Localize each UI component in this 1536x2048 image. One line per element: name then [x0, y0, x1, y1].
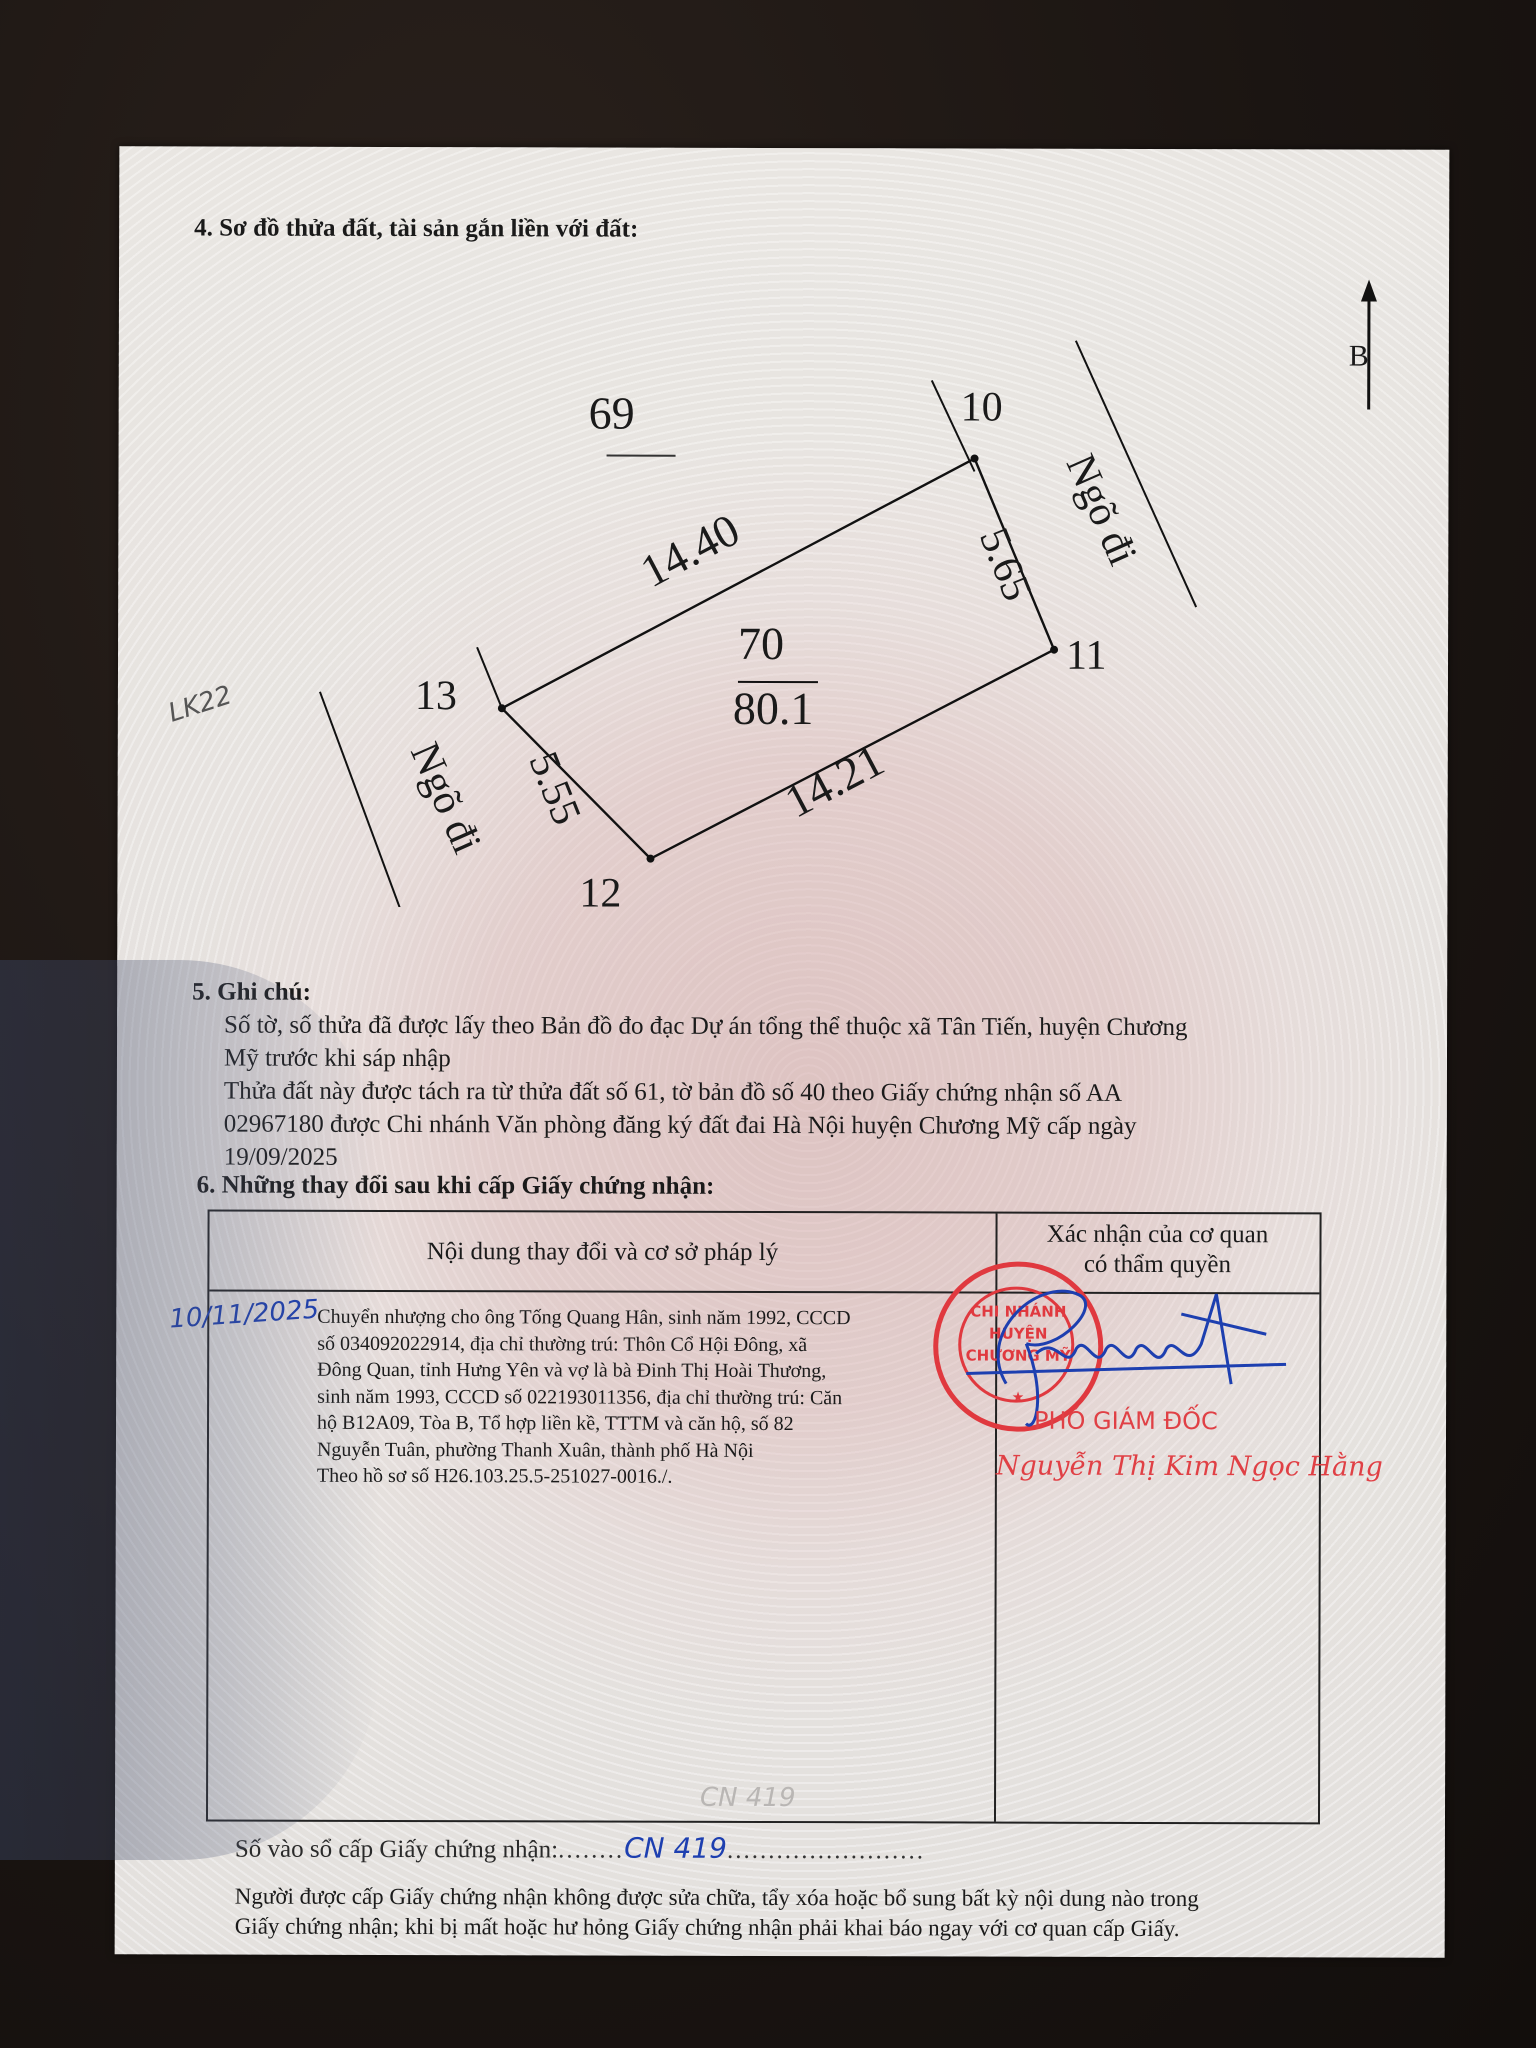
content-line: số 034092022914, địa chỉ thường trú: Thô…: [317, 1330, 987, 1358]
north-label: B: [1349, 341, 1369, 371]
point-label: 10: [961, 386, 1003, 428]
faint-register-value: CN 419: [700, 1783, 796, 1813]
certificate-page: 4. Sơ đồ thửa đất, tài sản gắn liền với …: [115, 146, 1450, 1957]
footer-line: Giấy chứng nhận; khi bị mất hoặc hư hỏng…: [235, 1912, 1335, 1945]
parcel-area: 80.1: [733, 686, 814, 732]
note-line: 02967180 được Chi nhánh Văn phòng đăng k…: [224, 1108, 1354, 1144]
footer-note: Người được cấp Giấy chứng nhận không đượ…: [235, 1882, 1335, 1945]
col-header-line: Xác nhận của cơ quan: [997, 1220, 1317, 1251]
parcel-diagram: B 69 70 80.1 10 11 12 13 14.40 5.65 14.2…: [117, 146, 1449, 909]
register-row: Số vào sổ cấp Giấy chứng nhận:........CN…: [235, 1831, 925, 1866]
content-line: Nguyễn Tuân, phường Thanh Xuân, thành ph…: [317, 1436, 987, 1464]
content-line: Đông Quan, tỉnh Hưng Yên và vợ là bà Đin…: [317, 1357, 987, 1385]
register-value: CN 419: [624, 1832, 727, 1865]
register-label: Số vào sổ cấp Giấy chứng nhận:: [235, 1836, 558, 1864]
change-content: Chuyển nhượng cho ông Tống Quang Hân, si…: [317, 1304, 987, 1491]
notes-block: Số tờ, số thửa đã được lấy theo Bản đồ đ…: [224, 1009, 1354, 1177]
footer-line: Người được cấp Giấy chứng nhận không đượ…: [235, 1882, 1335, 1915]
handwritten-date: 10/11/2025: [168, 1295, 320, 1335]
col-header-content: Nội dung thay đổi và cơ sở pháp lý: [209, 1237, 995, 1269]
note-line: Số tờ, số thửa đã được lấy theo Bản đồ đ…: [224, 1009, 1354, 1045]
section6-heading: 6. Những thay đổi sau khi cấp Giấy chứng…: [197, 1171, 715, 1200]
content-line: Chuyển nhượng cho ông Tống Quang Hân, si…: [317, 1304, 987, 1332]
neighbor-parcel-number: 69: [589, 390, 635, 436]
point-label: 13: [415, 675, 457, 717]
content-line: Theo hồ sơ số H26.103.25.5-251027-0016./…: [317, 1463, 987, 1491]
content-line: sinh năm 1993, CCCD số 022193011356, địa…: [317, 1383, 987, 1411]
note-line: Mỹ trước khi sáp nhập: [224, 1042, 1354, 1078]
signer-name: Nguyễn Thị Kim Ngọc Hằng: [996, 1451, 1383, 1483]
content-line: hộ B12A09, Tòa B, Tổ hợp liền kề, TTTM v…: [317, 1410, 987, 1438]
parcel-number: 70: [738, 621, 784, 667]
signer-title: PHÓ GIÁM ĐỐC: [1034, 1407, 1218, 1435]
note-line: Thửa đất này được tách ra từ thửa đất số…: [224, 1075, 1354, 1111]
point-label: 11: [1066, 635, 1107, 677]
section5-heading: 5. Ghi chú:: [192, 978, 311, 1006]
point-label: 12: [579, 872, 621, 914]
